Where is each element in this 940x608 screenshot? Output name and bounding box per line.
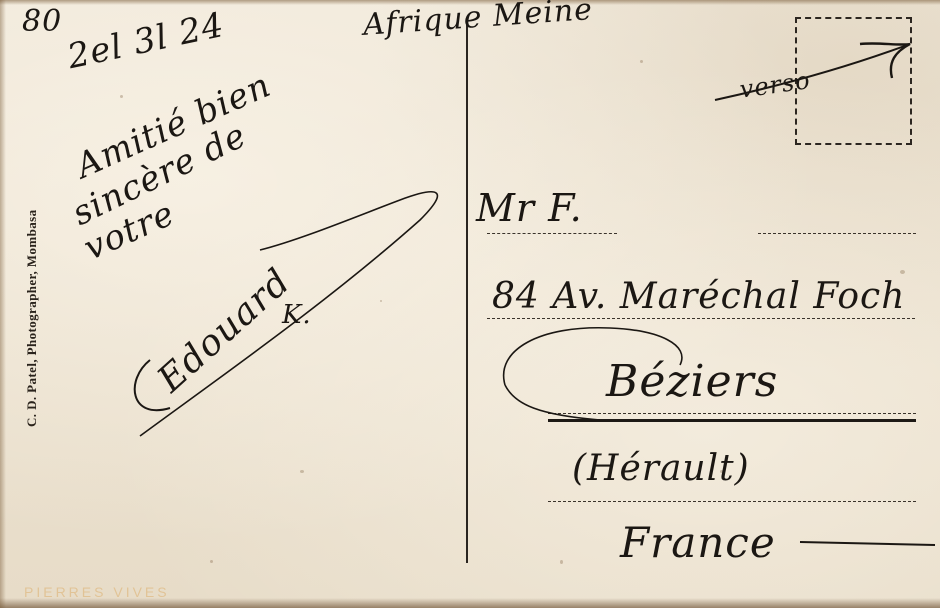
address-country: France — [620, 518, 776, 567]
address-city: Béziers — [606, 356, 778, 407]
address-street: 84 Av. Maréchal Foch — [492, 276, 905, 317]
address-recipient: Mr F. — [476, 186, 583, 230]
signature-loop — [135, 360, 170, 410]
signature-flourish — [140, 192, 437, 436]
city-flourish-tail — [505, 385, 600, 420]
watermark: PIERRES VIVES — [24, 584, 170, 600]
country-tail — [800, 542, 935, 545]
arrow-head-icon — [860, 43, 910, 78]
address-region: (Hérault) — [572, 448, 750, 489]
postcard-back: C. D. Patel, Photographer, Mombasa 80 2e… — [0, 0, 940, 608]
